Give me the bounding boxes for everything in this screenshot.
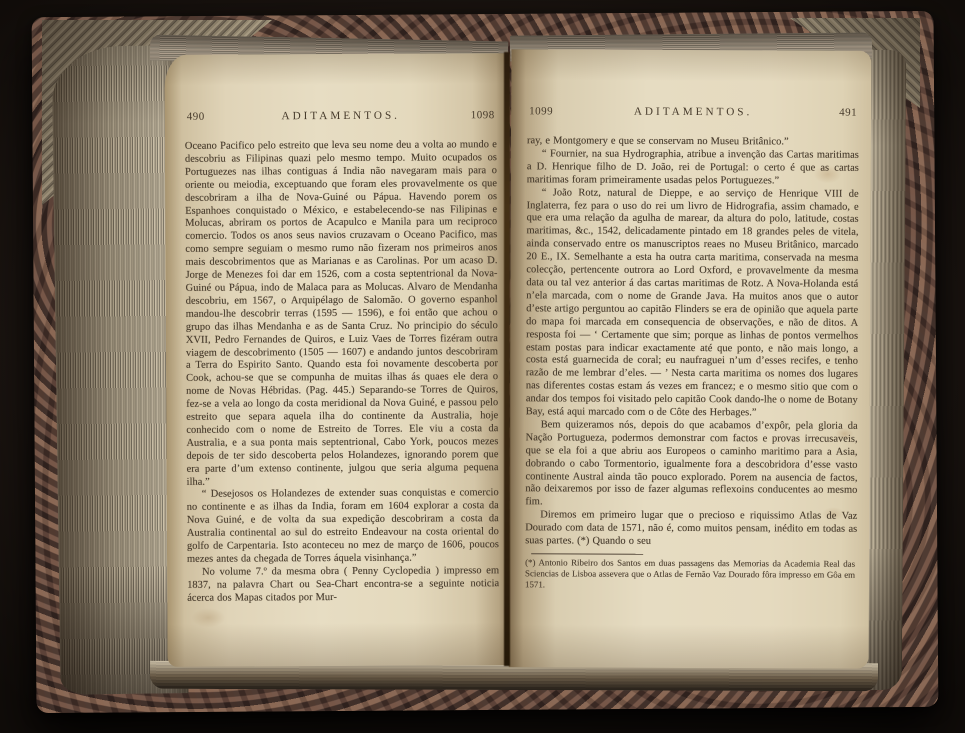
footnote: (*) Antonio Ribeiro dos Santos em duas p… [525,557,855,591]
paragraph: Diremos em primeiro lugar que o precioso… [525,510,857,550]
book-gutter [504,52,510,666]
left-page: 490 ADITAMENTOS. 1098 Oceano Pacifico pe… [164,53,509,667]
right-page-number: 491 [839,107,857,119]
left-folio-number: 1098 [471,109,495,121]
right-page-text: ray, e Montgomery e que se conservam no … [525,135,859,549]
paragraph: ray, e Montgomery e que se conservam no … [527,135,859,149]
paragraph: Bem quizeramos nós, depois do que acabam… [525,419,857,511]
paragraph: “ Desejosos os Holandezes de extender su… [187,488,499,567]
left-running-title: ADITAMENTOS. [185,109,497,123]
book-photo: 490 ADITAMENTOS. 1098 Oceano Pacifico pe… [0,0,965,733]
paragraph: Oceano Pacifico pelo estreito que leva s… [185,139,499,489]
right-running-head: 1099 ADITAMENTOS. 491 [527,105,859,132]
right-running-title: ADITAMENTOS. [527,105,859,118]
paragraph: No volume 7.º da mesma obra ( Penny Cycl… [187,565,499,605]
right-page: 1099 ADITAMENTOS. 491 ray, e Montgomery … [509,49,872,669]
paragraph: “ João Rotz, natural de Dieppe, e ao ser… [526,187,859,421]
left-page-text: Oceano Pacifico pelo estreito que leva s… [185,139,499,605]
footnote-rule [531,553,643,554]
paragraph: “ Fournier, na sua Hydrographia, atribue… [527,148,859,188]
left-running-head: 490 ADITAMENTOS. 1098 [185,109,497,137]
